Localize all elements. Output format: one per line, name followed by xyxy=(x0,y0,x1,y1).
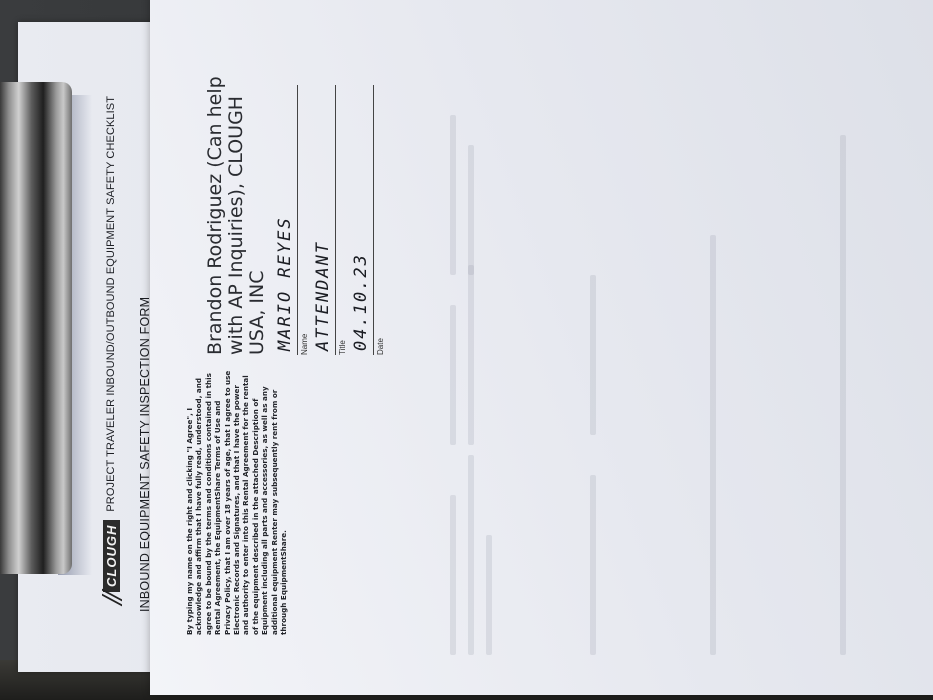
name-label: Name xyxy=(300,85,309,355)
agreement-text: By typing my name on the right and click… xyxy=(185,370,288,635)
logo-slash-icon xyxy=(102,592,120,604)
show-through-text xyxy=(710,235,716,655)
date-label: Date xyxy=(376,85,385,355)
show-through-text xyxy=(468,265,474,445)
show-through-text xyxy=(450,495,456,655)
date-value: 04.10.23 xyxy=(351,85,374,355)
show-through-text xyxy=(840,135,846,655)
header-title: PROJECT TRAVELER INBOUND/OUTBOUND EQUIPM… xyxy=(105,96,117,512)
title-label: Title xyxy=(338,85,347,355)
rental-agreement-sheet: By typing my name on the right and click… xyxy=(150,0,933,695)
signature-field-title[interactable]: ATTENDANT Title xyxy=(313,85,347,355)
metal-cylinder xyxy=(0,82,72,574)
representative-name: Brandon Rodriguez (Can help with AP Inqu… xyxy=(205,55,268,355)
name-value: MARIO REYES xyxy=(275,85,298,355)
show-through-text xyxy=(450,115,456,275)
show-through-text xyxy=(590,275,596,435)
title-value: ATTENDANT xyxy=(313,85,336,355)
signature-field-date[interactable]: 04.10.23 Date xyxy=(351,85,385,355)
show-through-text xyxy=(450,305,456,445)
checklist-header: CLOUGH PROJECT TRAVELER INBOUND/OUTBOUND… xyxy=(102,96,120,604)
clough-logo: CLOUGH xyxy=(102,520,120,604)
signature-field-name[interactable]: MARIO REYES Name xyxy=(275,85,309,355)
logo-text: CLOUGH xyxy=(103,520,120,592)
show-through-text xyxy=(590,475,596,655)
show-through-text xyxy=(468,455,474,655)
show-through-text xyxy=(486,535,492,655)
show-through-text xyxy=(468,145,474,275)
document-stage: CLOUGH PROJECT TRAVELER INBOUND/OUTBOUND… xyxy=(0,0,933,700)
